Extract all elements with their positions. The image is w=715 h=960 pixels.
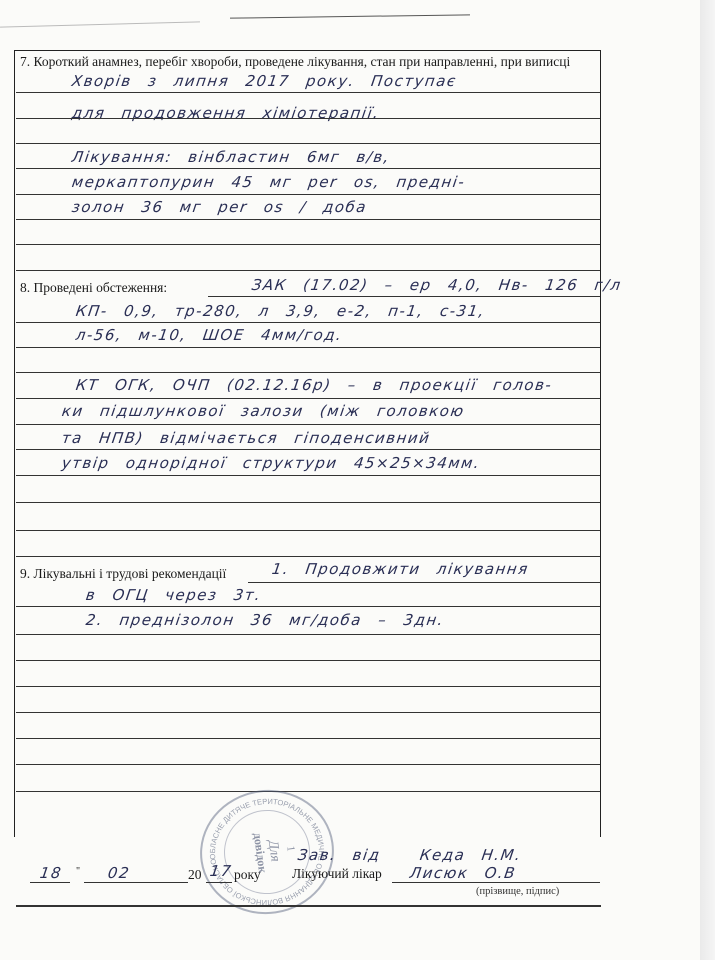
section7-line-5: меркаптопурин 45 мг per os, преднi-: [71, 173, 467, 191]
section8-answer-line: [208, 296, 600, 297]
section8-line-1: ЗАК (17.02) – ер 4,0, Нв- 126 г/л: [251, 276, 623, 294]
doctor-label: Лікуючий лікар: [292, 866, 382, 882]
section9-line-2: в ОГЦ через 3т.: [85, 586, 263, 604]
footer-head-name: Кеда Н.М.: [419, 846, 523, 864]
ruled-line: [16, 143, 600, 144]
ruled-line: [16, 475, 600, 476]
ruled-line: [16, 219, 600, 220]
ruled-line: [16, 424, 600, 425]
footer-head-note: Зав. від: [297, 846, 382, 864]
section7-line-2: для продовження хіміотерапії.: [71, 104, 381, 122]
section8-line-7: та НПВ) відмічається гіподенсивний: [61, 429, 432, 447]
section9-label: 9. Лікувальні і трудові рекомендації: [20, 566, 226, 582]
ruled-line: [16, 764, 600, 765]
section7-line-4: Лікування: вінбластин 6мг в/в,: [71, 148, 392, 166]
section7-line-6: золон 36 мг per os / доба: [71, 198, 369, 216]
section7-line-1: Хворів з липня 2017 року. Поступає: [71, 72, 458, 90]
date-quote: ": [76, 866, 80, 877]
section9-line-1: 1. Продовжити лікування: [271, 560, 530, 578]
ruled-line: [16, 712, 600, 713]
section7-label: 7. Короткий анамнез, перебіг хвороби, пр…: [20, 54, 570, 70]
ruled-line: [16, 244, 600, 245]
ruled-line: [16, 660, 600, 661]
date-year-prefix: 20: [188, 867, 202, 883]
ruled-line: [16, 322, 600, 323]
ruled-line: [16, 606, 600, 607]
section8-line-3: л-56, м-10, ШОЕ 4мм/год.: [75, 326, 344, 344]
date-year-word: року: [234, 867, 261, 883]
ruled-line: [16, 449, 600, 450]
date-month-line: [84, 882, 188, 883]
ruled-line: [16, 347, 600, 348]
ruled-line: [16, 738, 600, 739]
section8-line-2: КП- 0,9, тр-280, л 3,9, е-2, п-1, с-31,: [75, 302, 487, 320]
section8-line-8: утвір однорідної структури 45×25×34мм.: [61, 454, 482, 472]
signature-caption: (прізвище, підпис): [476, 886, 559, 897]
ruled-line: [16, 372, 600, 373]
section8-line-5: КТ ОГК, ОЧП (02.12.16р) – в проекції гол…: [75, 376, 554, 394]
ruled-line: [16, 398, 600, 399]
ruled-line: [16, 194, 600, 195]
section9-answer-line: [248, 582, 600, 583]
doctor-signature-line: [392, 882, 600, 883]
ruled-line: [16, 502, 600, 503]
ruled-line: [16, 118, 600, 119]
page-edge: [700, 0, 715, 960]
ruled-line: [16, 92, 600, 93]
doctor-name: Лисюк О.В: [409, 864, 518, 882]
ruled-line: [16, 530, 600, 531]
section9-line-3: 2. преднізолон 36 мг/доба – 3дн.: [85, 611, 446, 629]
date-year-suffix: 17: [209, 862, 234, 880]
date-day-line: [30, 882, 70, 883]
form-bottom-border: [16, 905, 601, 907]
section8-line-6: ки підшлункової залози (між головкою: [61, 402, 466, 420]
date-year-line: [206, 882, 232, 883]
section8-label: 8. Проведені обстеження:: [20, 280, 167, 296]
ruled-line: [16, 686, 600, 687]
date-day: 18: [39, 864, 64, 882]
ruled-line: [16, 168, 600, 169]
date-month: 02: [107, 864, 132, 882]
ruled-line: [16, 634, 600, 635]
ruled-line: [16, 270, 600, 271]
ruled-line: [16, 556, 600, 557]
